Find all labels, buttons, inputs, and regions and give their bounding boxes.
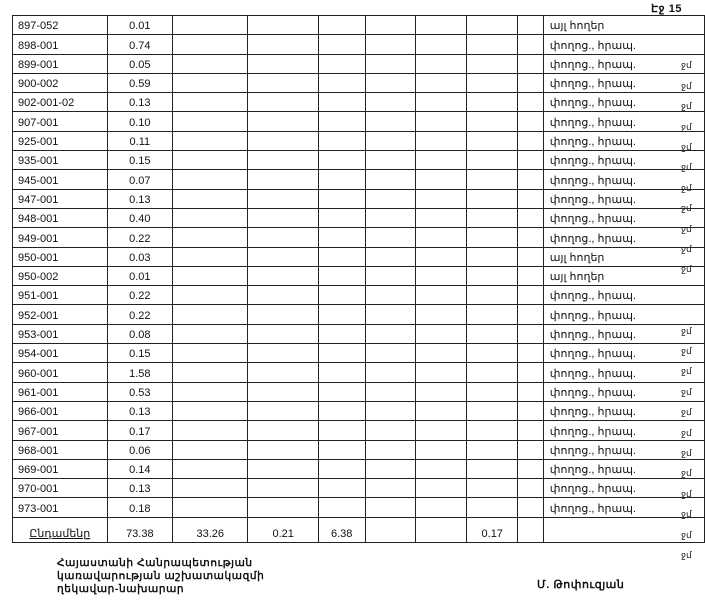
empty-cell	[318, 421, 365, 440]
empty-cell	[173, 16, 248, 35]
empty-cell	[415, 440, 466, 459]
empty-cell	[365, 112, 415, 131]
empty-cell	[518, 54, 544, 73]
parcel-area: 0.10	[107, 112, 173, 131]
margin-note: ջմ	[681, 509, 692, 520]
margin-note: ջմ	[681, 203, 692, 214]
empty-cell	[415, 286, 466, 305]
empty-cell	[173, 344, 248, 363]
margin-note: ջմ	[681, 101, 692, 112]
empty-cell	[248, 286, 318, 305]
empty-cell	[248, 112, 318, 131]
parcel-area: 0.59	[107, 73, 173, 92]
table-row: 925-0010.11փողոց., հրապ.	[13, 131, 705, 150]
margin-note: ջմ	[681, 448, 692, 459]
empty-cell	[318, 247, 365, 266]
empty-cell	[318, 344, 365, 363]
empty-cell	[318, 382, 365, 401]
empty-cell	[518, 93, 544, 112]
parcel-area: 0.13	[107, 401, 173, 420]
empty-cell	[173, 401, 248, 420]
table-row: 899-0010.05փողոց., հրապ.	[13, 54, 705, 73]
margin-note: ջմ	[681, 162, 692, 173]
parcel-area: 0.01	[107, 266, 173, 285]
empty-cell	[415, 73, 466, 92]
empty-cell	[173, 170, 248, 189]
parcel-area: 0.74	[107, 35, 173, 54]
empty-cell	[415, 459, 466, 478]
total-value	[365, 517, 415, 542]
table-row: 947-0010.13փողոց., հրապ.	[13, 189, 705, 208]
empty-cell	[467, 247, 518, 266]
parcel-area: 0.07	[107, 170, 173, 189]
empty-cell	[415, 228, 466, 247]
empty-cell	[318, 228, 365, 247]
table-row: 952-0010.22փողոց., հրապ.	[13, 305, 705, 324]
empty-cell	[173, 208, 248, 227]
parcel-area: 0.14	[107, 459, 173, 478]
signatory-title: Հայաստանի Հանրապետության կառավարության ա…	[57, 557, 264, 596]
parcel-code: 907-001	[13, 112, 108, 131]
empty-cell	[518, 131, 544, 150]
empty-cell	[467, 440, 518, 459]
margin-note: ջմ	[681, 428, 692, 439]
empty-cell	[365, 170, 415, 189]
total-value: 33.26	[173, 517, 248, 542]
empty-cell	[173, 421, 248, 440]
parcel-code: 935-001	[13, 151, 108, 170]
parcel-code: 960-001	[13, 363, 108, 382]
table-row: 949-0010.22փողոց., հրապ.	[13, 228, 705, 247]
table-row: 900-0020.59փողոց., հրապ.	[13, 73, 705, 92]
empty-cell	[365, 421, 415, 440]
empty-cell	[518, 363, 544, 382]
empty-cell	[518, 421, 544, 440]
empty-cell	[365, 151, 415, 170]
margin-note: ջմ	[681, 326, 692, 337]
empty-cell	[365, 479, 415, 498]
margin-note: ջմ	[681, 142, 692, 153]
empty-cell	[467, 16, 518, 35]
empty-cell	[415, 344, 466, 363]
empty-cell	[173, 459, 248, 478]
empty-cell	[415, 401, 466, 420]
empty-cell	[467, 459, 518, 478]
table-row: 902-001-020.13փողոց., հրապ.	[13, 93, 705, 112]
empty-cell	[415, 421, 466, 440]
empty-cell	[248, 170, 318, 189]
empty-cell	[365, 286, 415, 305]
margin-note: ջմ	[681, 468, 692, 479]
table-row: 966-0010.13փողոց., հրապ.	[13, 401, 705, 420]
empty-cell	[318, 459, 365, 478]
page-number: Էջ 15	[651, 2, 682, 15]
empty-cell	[518, 208, 544, 227]
table-row: 953-0010.08փողոց., հրապ.	[13, 324, 705, 343]
empty-cell	[173, 363, 248, 382]
empty-cell	[518, 35, 544, 54]
empty-cell	[518, 151, 544, 170]
empty-cell	[173, 440, 248, 459]
table-row: 951-0010.22փողոց., հրապ.	[13, 286, 705, 305]
margin-note: ջմ	[681, 387, 692, 398]
land-parcel-table: 897-0520.01այլ հողեր898-0010.74փողոց., հ…	[12, 15, 705, 543]
table-row: 945-0010.07փողոց., հրապ.	[13, 170, 705, 189]
parcel-code: 969-001	[13, 459, 108, 478]
empty-cell	[365, 93, 415, 112]
empty-cell	[415, 131, 466, 150]
empty-cell	[518, 16, 544, 35]
empty-cell	[518, 170, 544, 189]
parcel-code: 950-002	[13, 266, 108, 285]
empty-cell	[318, 305, 365, 324]
empty-cell	[467, 344, 518, 363]
empty-cell	[518, 440, 544, 459]
parcel-code: 899-001	[13, 54, 108, 73]
empty-cell	[365, 266, 415, 285]
empty-cell	[248, 421, 318, 440]
empty-cell	[415, 189, 466, 208]
empty-cell	[318, 479, 365, 498]
empty-cell	[318, 189, 365, 208]
empty-cell	[365, 131, 415, 150]
parcel-code: 953-001	[13, 324, 108, 343]
table-row: 968-0010.06փողոց., հրապ.	[13, 440, 705, 459]
empty-cell	[415, 266, 466, 285]
empty-cell	[467, 151, 518, 170]
empty-cell	[318, 440, 365, 459]
empty-cell	[467, 54, 518, 73]
empty-cell	[415, 16, 466, 35]
margin-note: ջմ	[681, 122, 692, 133]
parcel-code: 961-001	[13, 382, 108, 401]
empty-cell	[318, 112, 365, 131]
empty-cell	[318, 131, 365, 150]
parcel-area: 0.22	[107, 228, 173, 247]
empty-cell	[518, 73, 544, 92]
parcel-area: 0.18	[107, 498, 173, 517]
parcel-area: 0.53	[107, 382, 173, 401]
empty-cell	[467, 208, 518, 227]
empty-cell	[318, 54, 365, 73]
empty-cell	[173, 324, 248, 343]
empty-cell	[248, 305, 318, 324]
empty-cell	[318, 286, 365, 305]
empty-cell	[467, 228, 518, 247]
land-use: փողոց., հրապ.	[543, 286, 704, 305]
parcel-area: 0.15	[107, 151, 173, 170]
empty-cell	[173, 266, 248, 285]
empty-cell	[467, 363, 518, 382]
empty-cell	[248, 401, 318, 420]
empty-cell	[318, 35, 365, 54]
empty-cell	[248, 151, 318, 170]
margin-note: ջմ	[681, 366, 692, 377]
empty-cell	[518, 324, 544, 343]
empty-cell	[518, 459, 544, 478]
table-row: 950-0010.03այլ հողեր	[13, 247, 705, 266]
empty-cell	[173, 247, 248, 266]
margin-note: ջմ	[681, 60, 692, 71]
empty-cell	[248, 73, 318, 92]
total-value: 0.21	[248, 517, 318, 542]
empty-cell	[318, 363, 365, 382]
parcel-code: 902-001-02	[13, 93, 108, 112]
empty-cell	[248, 189, 318, 208]
empty-cell	[173, 498, 248, 517]
parcel-area: 0.17	[107, 421, 173, 440]
parcel-code: 968-001	[13, 440, 108, 459]
table-row: 948-0010.40փողոց., հրապ.	[13, 208, 705, 227]
parcel-area: 1.58	[107, 363, 173, 382]
empty-cell	[518, 286, 544, 305]
empty-cell	[415, 382, 466, 401]
empty-cell	[365, 344, 415, 363]
margin-note: ջմ	[681, 264, 692, 275]
empty-cell	[467, 305, 518, 324]
parcel-code: 954-001	[13, 344, 108, 363]
empty-cell	[173, 112, 248, 131]
parcel-code: 952-001	[13, 305, 108, 324]
empty-cell	[365, 73, 415, 92]
empty-cell	[248, 324, 318, 343]
table-row: 970-0010.13փողոց., հրապ.	[13, 479, 705, 498]
empty-cell	[467, 286, 518, 305]
parcel-code: 898-001	[13, 35, 108, 54]
empty-cell	[365, 382, 415, 401]
land-use: փողոց., հրապ.	[543, 35, 704, 54]
empty-cell	[365, 498, 415, 517]
empty-cell	[415, 54, 466, 73]
parcel-area: 0.40	[107, 208, 173, 227]
parcel-area: 0.13	[107, 479, 173, 498]
empty-cell	[365, 228, 415, 247]
empty-cell	[248, 35, 318, 54]
parcel-area: 0.13	[107, 189, 173, 208]
empty-cell	[518, 247, 544, 266]
empty-cell	[415, 35, 466, 54]
signatory-title-line-2: կառավարության աշխատակազմի	[57, 570, 264, 583]
empty-cell	[248, 208, 318, 227]
empty-cell	[173, 189, 248, 208]
empty-cell	[518, 479, 544, 498]
parcel-code: 967-001	[13, 421, 108, 440]
empty-cell	[248, 440, 318, 459]
parcel-code: 966-001	[13, 401, 108, 420]
signatory-title-line-1: Հայաստանի Հանրապետության	[57, 557, 264, 570]
signatory-title-line-3: ղեկավար-նախարար	[57, 583, 264, 596]
empty-cell	[365, 459, 415, 478]
table-row: 950-0020.01այլ հողեր	[13, 266, 705, 285]
empty-cell	[467, 498, 518, 517]
empty-cell	[318, 170, 365, 189]
parcel-code: 950-001	[13, 247, 108, 266]
empty-cell	[467, 324, 518, 343]
empty-cell	[173, 479, 248, 498]
empty-cell	[248, 479, 318, 498]
empty-cell	[248, 16, 318, 35]
margin-note: ջմ	[681, 407, 692, 418]
parcel-area: 0.03	[107, 247, 173, 266]
empty-cell	[318, 151, 365, 170]
empty-cell	[518, 498, 544, 517]
land-use: այլ հողեր	[543, 16, 704, 35]
margin-note: ջմ	[681, 530, 692, 541]
empty-cell	[415, 93, 466, 112]
empty-cell	[415, 151, 466, 170]
empty-cell	[467, 35, 518, 54]
parcel-area: 0.11	[107, 131, 173, 150]
empty-cell	[318, 208, 365, 227]
margin-note: ջմ	[681, 224, 692, 235]
table-row: 973-0010.18փողոց., հրապ.	[13, 498, 705, 517]
empty-cell	[365, 305, 415, 324]
margin-note: ջմ	[681, 244, 692, 255]
empty-cell	[248, 382, 318, 401]
empty-cell	[318, 73, 365, 92]
empty-cell	[415, 112, 466, 131]
empty-cell	[248, 228, 318, 247]
empty-cell	[518, 228, 544, 247]
parcel-code: 970-001	[13, 479, 108, 498]
parcel-area: 0.08	[107, 324, 173, 343]
empty-cell	[248, 247, 318, 266]
parcel-code: 948-001	[13, 208, 108, 227]
empty-cell	[365, 54, 415, 73]
parcel-code: 945-001	[13, 170, 108, 189]
empty-cell	[318, 266, 365, 285]
margin-note: ջմ	[681, 489, 692, 500]
parcel-code: 897-052	[13, 16, 108, 35]
parcel-area: 0.15	[107, 344, 173, 363]
empty-cell	[518, 382, 544, 401]
empty-cell	[173, 382, 248, 401]
table-row: 967-0010.17փողոց., հրապ.	[13, 421, 705, 440]
parcel-code: 900-002	[13, 73, 108, 92]
table-row: 961-0010.53փողոց., հրապ.	[13, 382, 705, 401]
empty-cell	[365, 440, 415, 459]
empty-cell	[415, 498, 466, 517]
empty-cell	[248, 93, 318, 112]
empty-cell	[467, 112, 518, 131]
total-value	[518, 517, 544, 542]
table-row: 898-0010.74փողոց., հրապ.	[13, 35, 705, 54]
empty-cell	[518, 112, 544, 131]
empty-cell	[518, 344, 544, 363]
parcel-code: 949-001	[13, 228, 108, 247]
table-row: 960-0011.58փողոց., հրապ.	[13, 363, 705, 382]
total-value: 73.38	[107, 517, 173, 542]
parcel-area: 0.01	[107, 16, 173, 35]
parcel-area: 0.05	[107, 54, 173, 73]
empty-cell	[415, 324, 466, 343]
table-row: 969-0010.14փողոց., հրապ.	[13, 459, 705, 478]
signatory-name: Մ. Թոփուզյան	[537, 578, 624, 591]
empty-cell	[173, 131, 248, 150]
parcel-area: 0.06	[107, 440, 173, 459]
parcel-area: 0.22	[107, 286, 173, 305]
empty-cell	[365, 189, 415, 208]
empty-cell	[248, 131, 318, 150]
empty-cell	[365, 16, 415, 35]
empty-cell	[365, 247, 415, 266]
empty-cell	[173, 73, 248, 92]
empty-cell	[365, 208, 415, 227]
empty-cell	[248, 54, 318, 73]
empty-cell	[173, 305, 248, 324]
empty-cell	[248, 459, 318, 478]
empty-cell	[415, 247, 466, 266]
empty-cell	[467, 189, 518, 208]
empty-cell	[365, 401, 415, 420]
parcel-area: 0.13	[107, 93, 173, 112]
empty-cell	[365, 324, 415, 343]
parcel-code: 947-001	[13, 189, 108, 208]
empty-cell	[415, 363, 466, 382]
empty-cell	[518, 401, 544, 420]
empty-cell	[467, 266, 518, 285]
empty-cell	[318, 498, 365, 517]
table-row: 935-0010.15փողոց., հրապ.	[13, 151, 705, 170]
empty-cell	[318, 93, 365, 112]
empty-cell	[248, 363, 318, 382]
empty-cell	[248, 266, 318, 285]
land-use: փողոց., հրապ.	[543, 305, 704, 324]
empty-cell	[318, 16, 365, 35]
empty-cell	[415, 305, 466, 324]
empty-cell	[173, 54, 248, 73]
empty-cell	[173, 93, 248, 112]
table-row: 954-0010.15փողոց., հրապ.	[13, 344, 705, 363]
empty-cell	[173, 35, 248, 54]
parcel-code: 973-001	[13, 498, 108, 517]
empty-cell	[318, 324, 365, 343]
table-row: 907-0010.10փողոց., հրապ.	[13, 112, 705, 131]
empty-cell	[467, 131, 518, 150]
margin-note: ջմ	[681, 550, 692, 561]
empty-cell	[518, 266, 544, 285]
empty-cell	[518, 189, 544, 208]
empty-cell	[467, 401, 518, 420]
empty-cell	[173, 286, 248, 305]
total-row: Ընդամենը73.3833.260.216.380.17	[13, 517, 705, 542]
empty-cell	[318, 401, 365, 420]
empty-cell	[467, 382, 518, 401]
empty-cell	[518, 305, 544, 324]
margin-note: ջմ	[681, 183, 692, 194]
total-value: 6.38	[318, 517, 365, 542]
empty-cell	[248, 498, 318, 517]
total-value	[415, 517, 466, 542]
empty-cell	[467, 479, 518, 498]
empty-cell	[365, 35, 415, 54]
table-row: 897-0520.01այլ հողեր	[13, 16, 705, 35]
empty-cell	[173, 228, 248, 247]
empty-cell	[467, 170, 518, 189]
empty-cell	[365, 363, 415, 382]
empty-cell	[173, 151, 248, 170]
parcel-code: 925-001	[13, 131, 108, 150]
parcel-code: 951-001	[13, 286, 108, 305]
empty-cell	[467, 93, 518, 112]
total-value: 0.17	[467, 517, 518, 542]
margin-note: ջմ	[681, 81, 692, 92]
empty-cell	[415, 208, 466, 227]
parcel-area: 0.22	[107, 305, 173, 324]
margin-note: ջմ	[681, 346, 692, 357]
empty-cell	[415, 170, 466, 189]
empty-cell	[467, 421, 518, 440]
